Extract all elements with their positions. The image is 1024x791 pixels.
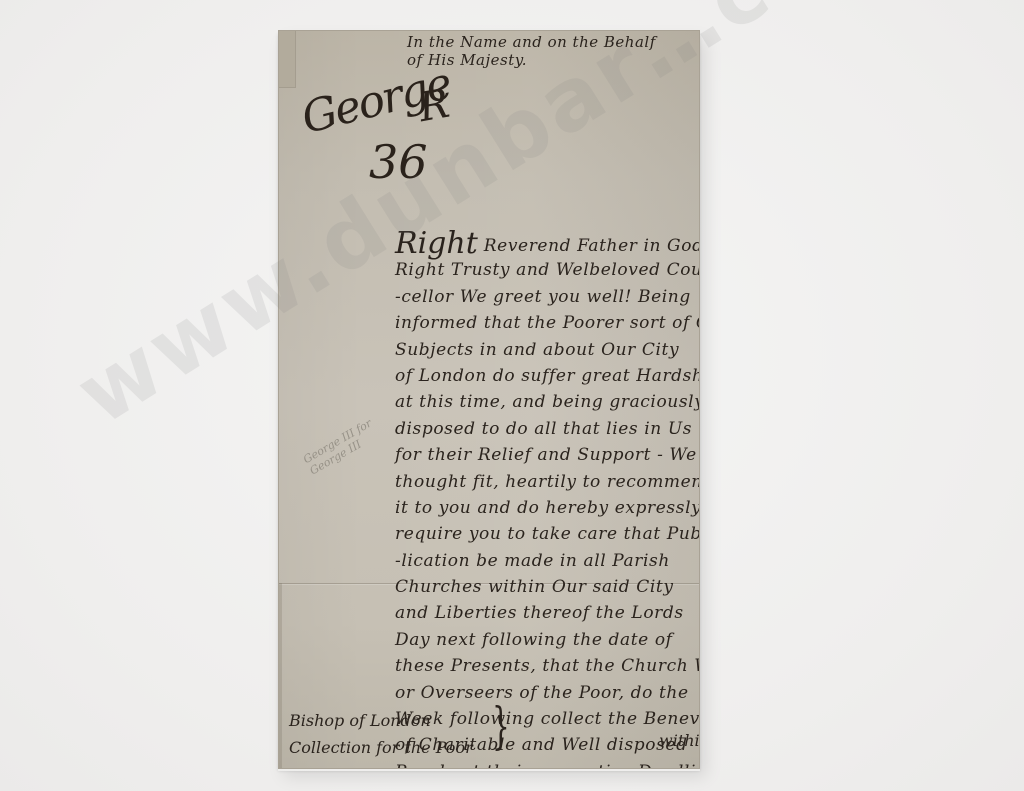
body-line: Right Trusty and Welbeloved Coun-: [395, 257, 695, 283]
body-line-text: Reverend Father in God, Our: [478, 236, 700, 256]
body-line: these Presents, that the Church Wardens: [395, 653, 695, 679]
body-line: it to you and do hereby expressly: [395, 495, 695, 521]
paper-tab-remnant: [279, 31, 296, 88]
body-line: disposed to do all that lies in Us: [395, 416, 695, 442]
manuscript-page: In the Name and on the Behalf of His Maj…: [278, 30, 700, 769]
curly-brace-mark: }: [492, 701, 509, 751]
letter-body: Right Reverend Father in God, Our Right …: [395, 231, 695, 769]
body-line: of London do suffer great Hardships: [395, 363, 695, 389]
body-line: for their Relief and Support - We have: [395, 442, 695, 468]
pencil-annotation: George III for George III: [301, 417, 380, 478]
body-line: Subjects in and about Our City: [395, 337, 695, 363]
docket-line: Bishop of London: [289, 707, 473, 734]
docket-line: Collection for the Poor: [289, 734, 473, 761]
body-line: -lication be made in all Parish: [395, 548, 695, 574]
body-line: Right Reverend Father in God, Our: [395, 231, 695, 257]
body-line: informed that the Poorer sort of Our: [395, 310, 695, 336]
fold-edge: [279, 583, 282, 768]
body-line: and Liberties thereof the Lords: [395, 600, 695, 626]
body-line: Churches within Our said City: [395, 574, 695, 600]
body-line: require you to take care that Pub-: [395, 521, 695, 547]
body-line: or Overseers of the Poor, do the: [395, 680, 695, 706]
folio-number: 36: [369, 135, 428, 189]
body-line: -cellor We greet you well! Being: [395, 284, 695, 310]
body-line: at this time, and being graciously: [395, 389, 695, 415]
body-line: Day next following the date of: [395, 627, 695, 653]
docket-endorsement: Bishop of London Collection for the Poor: [289, 707, 473, 761]
body-line: thought fit, heartily to recommend: [395, 469, 695, 495]
body-first-word: Right: [395, 226, 478, 261]
catchword: within: [659, 731, 700, 750]
heading-line-1: In the Name and on the Behalf: [407, 33, 656, 51]
